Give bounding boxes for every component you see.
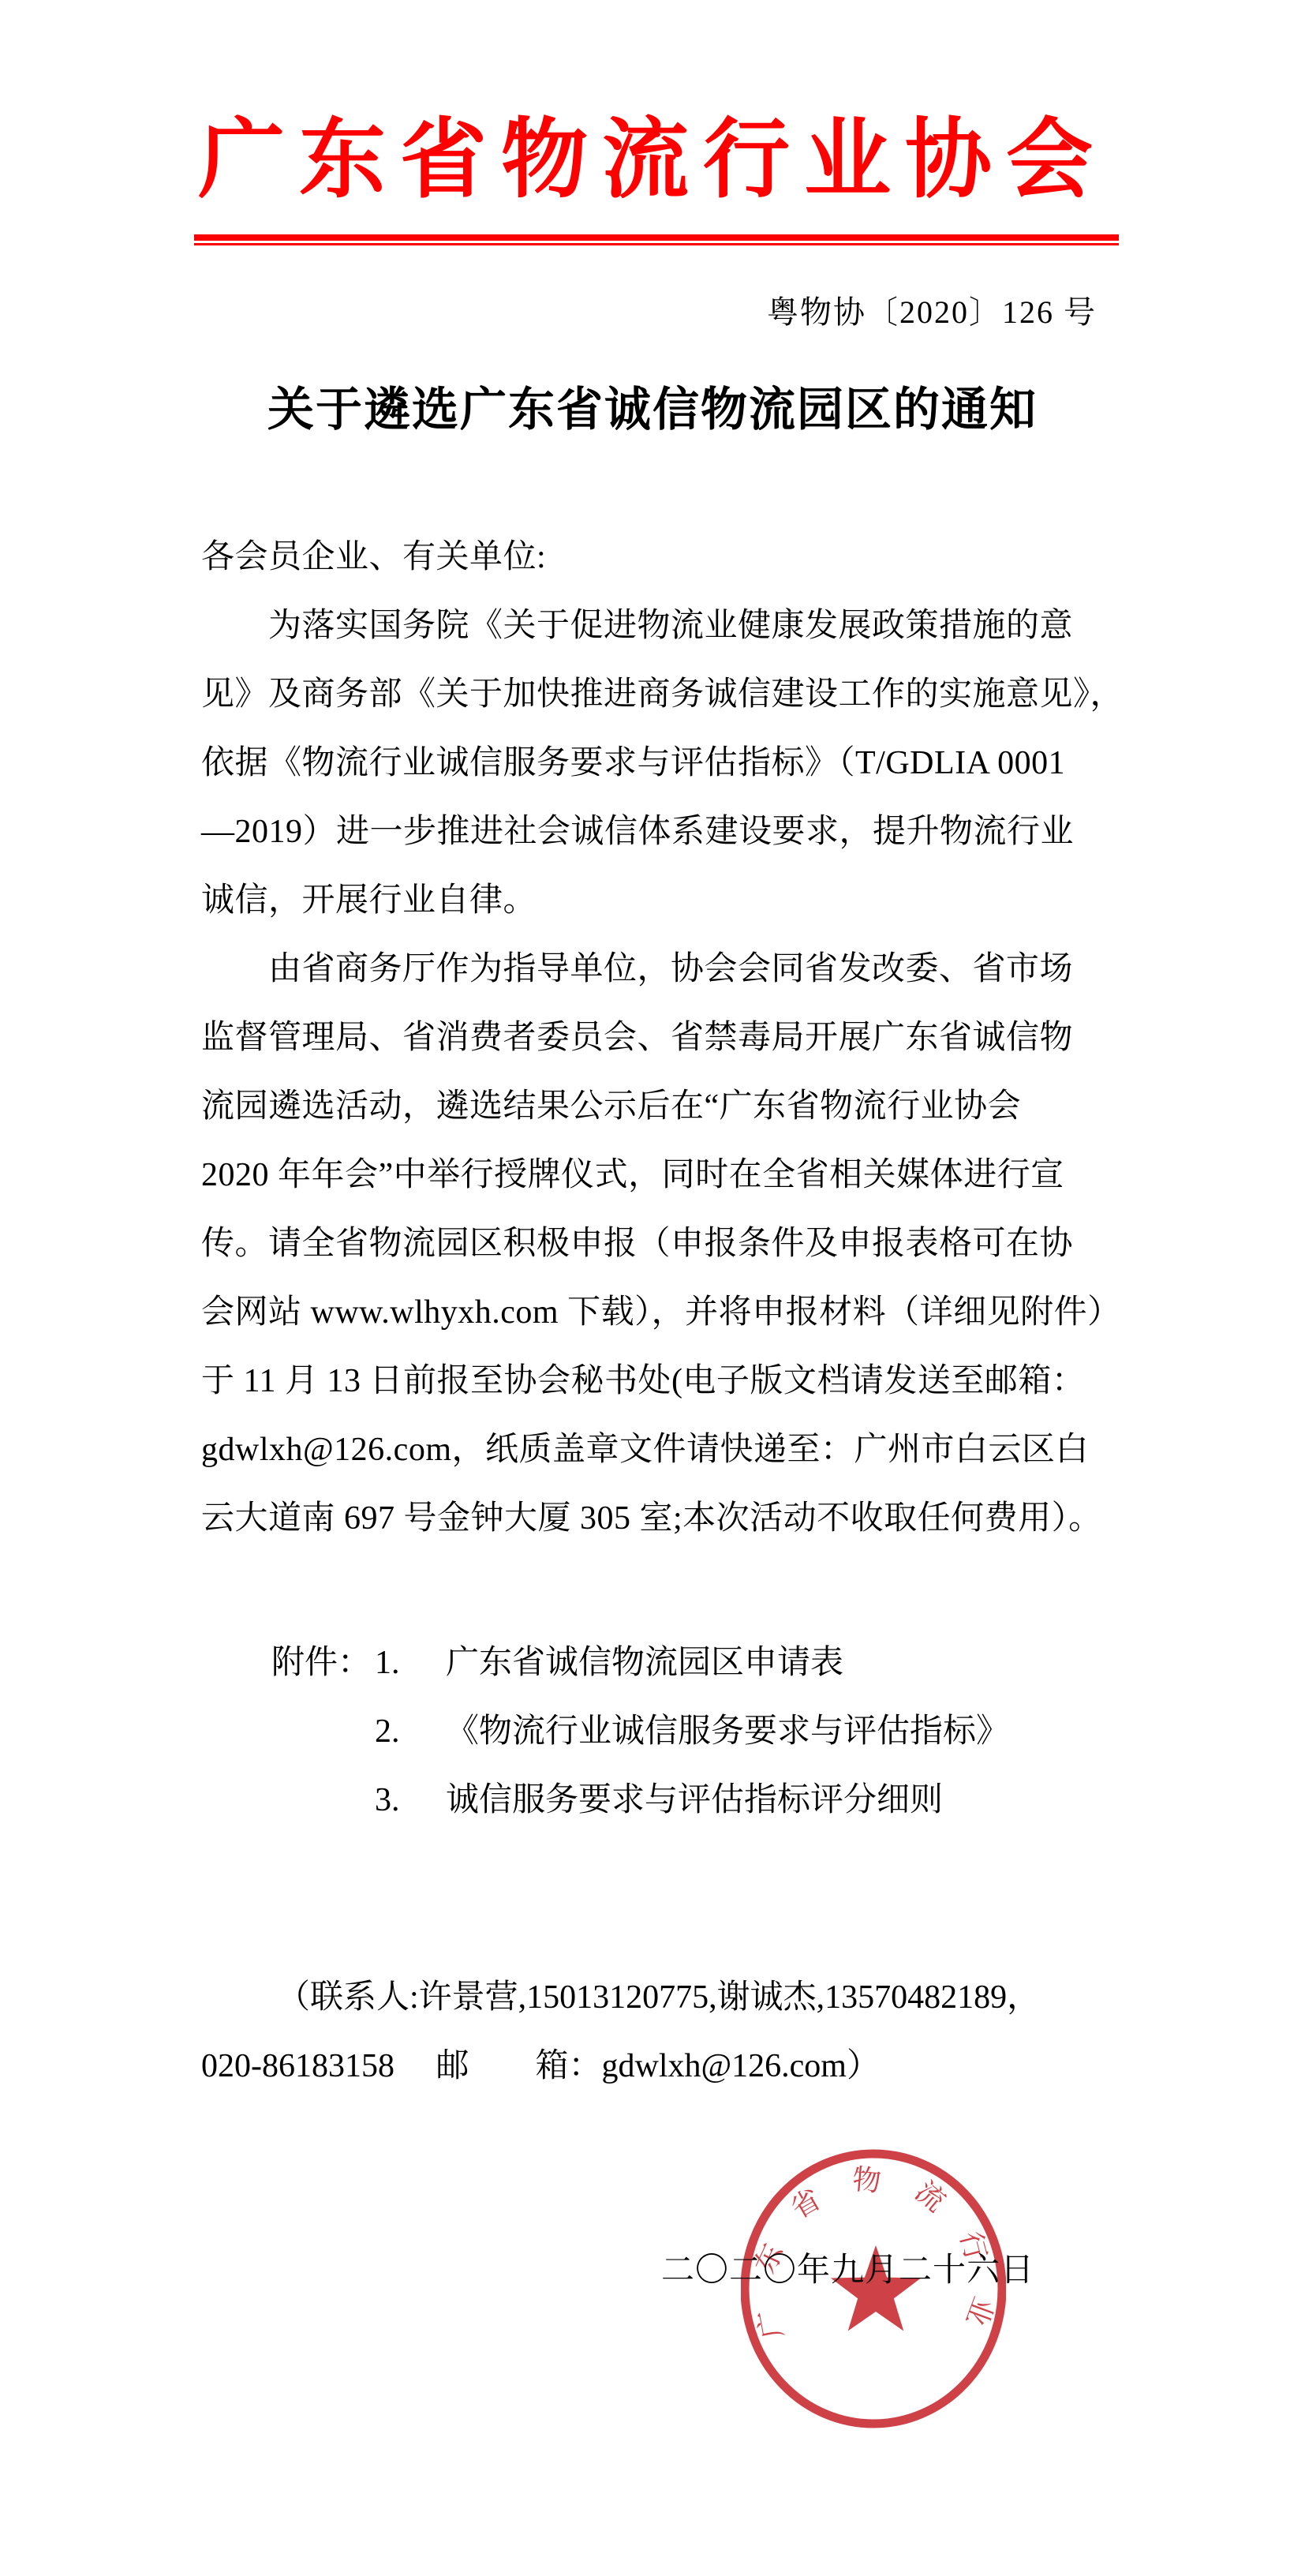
issue-date: 二〇二〇年九月二十六日 [661,2254,1034,2287]
body-line: 2020 年年会”中举行授牌仪式，同时在全省相关媒体进行宣 [201,1141,1136,1210]
contact-line: 020-86183158 邮 箱：gdwlxh@126.com） [201,2032,1136,2101]
official-seal: 广东省物流行业协会 [741,2148,1006,2429]
attachment-title: 《物流行业诚信服务要求与评估指标》 [446,1713,1009,1750]
letterhead-rule [194,234,1119,245]
attachment-number: 3. [375,1766,446,1835]
body-line: 监督管理局、省消费者委员会、省禁毒局开展广东省诚信物 [201,1004,1136,1073]
doc-title: 关于遴选广东省诚信物流园区的通知 [0,384,1305,437]
body-line: 流园遴选活动，遴选结果公示后在“广东省物流行业协会 [201,1073,1136,1141]
attachment-title: 广东省诚信物流园区申请表 [446,1645,843,1681]
attachments-list: 附件：1.广东省诚信物流园区申请表 2.《物流行业诚信服务要求与评估指标》 3.… [271,1629,1139,1835]
document-page: 广东省物流行业协会 粤物协〔2020〕126 号 关于遴选广东省诚信物流园区的通… [0,0,1305,2576]
body-line: 云大道南 697 号金钟大厦 305 室;本次活动不收取任何费用）。 [201,1485,1136,1553]
attachment-item: 2.《物流行业诚信服务要求与评估指标》 [271,1698,1139,1766]
body-line: 会网站 www.wlhyxh.com 下载），并将申报材料（详细见附件） [201,1279,1136,1347]
body-line: 于 11 月 13 日前报至协会秘书处(电子版文档请发送至邮箱： [201,1347,1136,1416]
body-line: 见》及商务部《关于加快推进商务诚信建设工作的实施意见》， [201,661,1136,729]
attachments-label: 附件： [271,1629,375,1698]
body-line: 各会员企业、有关单位: [201,523,1136,592]
attachment-title: 诚信服务要求与评估指标评分细则 [446,1782,943,1818]
attachment-item: 附件：1.广东省诚信物流园区申请表 [271,1629,1139,1698]
attachment-number: 1. [375,1629,446,1698]
doc-number: 粤物协〔2020〕126 号 [767,295,1097,330]
body-text: 各会员企业、有关单位: 为落实国务院《关于促进物流业健康发展政策措施的意 见》及… [201,523,1136,1553]
contact-info: （联系人:许景营,15013120775,谢诚杰,13570482189， 02… [201,1964,1136,2101]
body-line: 为落实国务院《关于促进物流业健康发展政策措施的意 [201,592,1136,661]
attachment-number: 2. [375,1698,446,1766]
body-line: 依据《物流行业诚信服务要求与评估指标》（T/GDLIA 0001 [201,729,1136,798]
body-line: gdwlxh@126.com，纸质盖章文件请快递至：广州市白云区白 [201,1416,1136,1485]
org-title: 广东省物流行业协会 [0,115,1305,207]
body-line: 诚信，开展行业自律。 [201,867,1136,935]
contact-line: （联系人:许景营,15013120775,谢诚杰,13570482189， [201,1964,1136,2032]
body-line: 传。请全省物流园区积极申报（申报条件及申报表格可在协 [201,1210,1136,1279]
body-line: —2019）进一步推进社会诚信体系建设要求，提升物流行业 [201,798,1136,867]
attachment-item: 3.诚信服务要求与评估指标评分细则 [271,1766,1139,1835]
body-line: 由省商务厅作为指导单位，协会会同省发改委、省市场 [201,935,1136,1004]
